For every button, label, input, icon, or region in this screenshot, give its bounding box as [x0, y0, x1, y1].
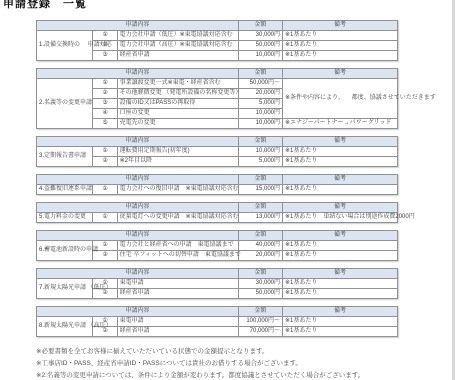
footnote-3: ※2.名義等の変更申請については、条件により金額が変わります。都度協議とさせてい…: [36, 371, 460, 380]
amount-cell: 10,000円: [238, 119, 282, 129]
page-title: 申請登録 一覧: [3, 0, 460, 11]
row-label-cell: 2.名義等の変更申請: [37, 79, 93, 129]
header-row: 申請内容金額備考: [37, 21, 398, 31]
row-number-cell: ①: [93, 79, 117, 89]
amount-header-cell: 金額: [238, 69, 282, 79]
content-cell: 電力会社と経産省への申請 東電協議まで: [117, 241, 238, 251]
row-number-cell: ②: [93, 157, 117, 167]
table-row: 2.名義等の変更申請①事業譲渡変更一式※東電・経産省含む50,000円～※条件や…: [37, 79, 398, 89]
row-number-cell: ①: [93, 31, 117, 41]
content-header-cell: 申請内容: [37, 137, 239, 147]
amount-header-cell: 金額: [238, 137, 282, 147]
content-cell: 経産省申請: [117, 51, 238, 61]
content-cell: 住宅 卒フィットへの切替申請 東電協議まで: [117, 251, 238, 261]
amount-header-cell: 金額: [238, 231, 282, 241]
footnote-1: ※必要書類を全てお客様に揃えていただいている状態での金額提示となります。: [36, 347, 460, 356]
table-row: 4.盗難復旧連系申請①電力会社への復旧申請 ※東電協議対応含む15,000円※1…: [37, 185, 398, 195]
header-row: 申請内容金額備考: [37, 307, 398, 317]
footnote-2: ※工事店ID・PASS、経産省申請ID・PASSについては貴社のお借りする場合が…: [36, 359, 460, 368]
note-cell: ※1基あたり: [283, 157, 398, 167]
row-label-cell: 4.盗難復旧連系申請: [37, 185, 93, 195]
table-row: 3.定期報告書申請①運転費用定期報告(初年度)10,000円※1基あたり: [37, 147, 398, 157]
note-header-cell: 備考: [283, 137, 398, 147]
amount-cell: 10,000円: [238, 51, 282, 61]
content-header-cell: 申請内容: [37, 175, 239, 185]
content-cell: 口座の変更: [117, 109, 238, 119]
amount-header-cell: 金額: [238, 203, 282, 213]
row-label-cell: 8.新規太陽光申請 （高圧）: [37, 317, 93, 337]
content-header-cell: 申請内容: [37, 307, 239, 317]
header-row: 申請内容金額備考: [37, 269, 398, 279]
amount-cell: 15,000円: [238, 185, 282, 195]
fee-table-7: 申請内容金額備考7.新規太陽光申請 （低圧）①東電申請30,000円※1基あたり…: [36, 268, 398, 299]
amount-cell: 100,000円～: [238, 317, 282, 327]
content-header-cell: 申請内容: [37, 203, 239, 213]
row-number-cell: ②: [93, 89, 117, 99]
content-cell: その他軽微変更 （発電所設備の名称変更等）: [117, 89, 238, 99]
row-label-cell: 7.新規太陽光申請 （低圧）: [37, 279, 93, 299]
row-number-cell: ①: [93, 185, 117, 195]
row-number-cell: ④: [93, 109, 117, 119]
row-number-cell: ③: [93, 51, 117, 61]
amount-cell: 13,000円: [238, 213, 282, 223]
row-label-cell: 6.蓄電池新設時の申請: [37, 241, 93, 261]
header-row: 申請内容金額備考: [37, 203, 398, 213]
pane-edge-strip: [452, 0, 455, 380]
note-header-cell: 備考: [283, 307, 398, 317]
amount-cell: 20,000円: [238, 89, 282, 99]
note-header-cell: 備考: [283, 175, 398, 185]
fee-table-6: 申請内容金額備考6.蓄電池新設時の申請①電力会社と経産省への申請 東電協議まで4…: [36, 230, 398, 261]
content-cell: 東電申請: [117, 279, 238, 289]
content-header-cell: 申請内容: [37, 21, 239, 31]
footnotes: ※必要書類を全てお客様に揃えていただいている状態での金額提示となります。 ※工事…: [36, 347, 460, 380]
content-cell: 経産省申請: [117, 327, 238, 337]
note-cell: ※1基あたり: [283, 41, 398, 51]
note-cell: ※1基あたり: [283, 327, 398, 337]
amount-cell: 70,000円～: [238, 327, 282, 337]
note-cell: ※1基あたり: [283, 31, 398, 41]
fee-table-2: 申請内容金額備考2.名義等の変更申請①事業譲渡変更一式※東電・経産省含む50,0…: [36, 68, 398, 129]
amount-header-cell: 金額: [238, 269, 282, 279]
amount-cell: 50,000円～: [238, 79, 282, 89]
note-cell: ※1基あたり: [283, 241, 398, 251]
content-cell: ※2年目以降: [117, 157, 238, 167]
header-row: 申請内容金額備考: [37, 231, 398, 241]
content-header-cell: 申請内容: [37, 69, 239, 79]
note-header-cell: 備考: [283, 231, 398, 241]
content-cell: 従量電灯への変更申請 ※東電協議対応含む: [117, 213, 238, 223]
note-header-cell: 備考: [283, 203, 398, 213]
fee-table-5: 申請内容金額備考5.電力料金の変更①従量電灯への変更申請 ※東電協議対応含む13…: [36, 202, 398, 223]
fee-table-3: 申請内容金額備考3.定期報告書申請①運転費用定期報告(初年度)10,000円※1…: [36, 136, 398, 167]
row-number-cell: ③: [93, 99, 117, 109]
fee-table-8: 申請内容金額備考8.新規太陽光申請 （高圧）①東電申請100,000円～※1基あ…: [36, 306, 398, 337]
note-cell: ※1基あたり: [283, 289, 398, 299]
note-cell: ※1基あたり: [283, 185, 398, 195]
table-row: 8.新規太陽光申請 （高圧）①東電申請100,000円～※1基あたり: [37, 317, 398, 327]
content-header-cell: 申請内容: [37, 269, 239, 279]
content-cell: 電力会社申請（低圧）※東電協議対応含む: [117, 31, 238, 41]
content-cell: 電力会社への復旧申請 ※東電協議対応含む: [117, 185, 238, 195]
content-cell: 売電先の変更: [117, 119, 238, 129]
header-row: 申請内容金額備考: [37, 175, 398, 185]
note-cell: ※1基あたり: [283, 147, 398, 157]
amount-cell: 30,000円: [238, 31, 282, 41]
content-header-cell: 申請内容: [37, 231, 239, 241]
note-header-cell: 備考: [283, 69, 398, 79]
content-cell: 運転費用定期報告(初年度): [117, 147, 238, 157]
header-row: 申請内容金額備考: [37, 137, 398, 147]
table-row: 6.蓄電池新設時の申請①電力会社と経産省への申請 東電協議まで40,000円※1…: [37, 241, 398, 251]
fee-table-4: 申請内容金額備考4.盗難復旧連系申請①電力会社への復旧申請 ※東電協議対応含む1…: [36, 174, 398, 195]
note-cell: ※1基あたり 単結ない場合は別途作成費2000円: [283, 213, 398, 223]
content-cell: 設備のID又はPASSの再取得: [117, 99, 238, 109]
amount-cell: 30,000円: [238, 279, 282, 289]
table-row: 1.設備交換時の 申請対応①電力会社申請（低圧）※東電協議対応含む30,000円…: [37, 31, 398, 41]
row-label-cell: 3.定期報告書申請: [37, 147, 93, 167]
amount-cell: 10,000円: [238, 109, 282, 119]
note-header-cell: 備考: [283, 21, 398, 31]
content-cell: 電力会社申請（高圧）※東電協議対応含む: [117, 41, 238, 51]
row-label-cell: 1.設備交換時の 申請対応: [37, 31, 93, 61]
document: 申請登録 一覧 申請内容金額備考1.設備交換時の 申請対応①電力会社申請（低圧）…: [0, 0, 460, 380]
content-cell: 東電申請: [117, 317, 238, 327]
note-cell: ※1基あたり: [283, 279, 398, 289]
row-number-cell: ①: [93, 147, 117, 157]
amount-header-cell: 金額: [238, 307, 282, 317]
amount-header-cell: 金額: [238, 21, 282, 31]
amount-cell: 50,000円: [238, 289, 282, 299]
note-cell: ※エナジーパートナー→パワーグリッド: [283, 119, 398, 129]
content-cell: 事業譲渡変更一式※東電・経産省含む: [117, 79, 238, 89]
fee-tables-container: 申請内容金額備考1.設備交換時の 申請対応①電力会社申請（低圧）※東電協議対応含…: [36, 20, 460, 337]
note-cell: ※1基あたり: [283, 317, 398, 327]
row-number-cell: ⑤: [93, 119, 117, 129]
amount-cell: 40,000円: [238, 241, 282, 251]
amount-cell: 5,000円: [238, 99, 282, 109]
amount-cell: 20,000円: [238, 251, 282, 261]
note-header-cell: 備考: [283, 269, 398, 279]
amount-cell: 10,000円: [238, 147, 282, 157]
amount-cell: 50,000円: [238, 41, 282, 51]
table-row: 5.電力料金の変更①従量電灯への変更申請 ※東電協議対応含む13,000円※1基…: [37, 213, 398, 223]
table-row: 7.新規太陽光申請 （低圧）①東電申請30,000円※1基あたり: [37, 279, 398, 289]
header-row: 申請内容金額備考: [37, 69, 398, 79]
amount-header-cell: 金額: [238, 175, 282, 185]
amount-cell: 5,000円: [238, 157, 282, 167]
note-cell: ※条件や内容により、 都度、協議させていただきます: [283, 79, 398, 119]
row-label-cell: 5.電力料金の変更: [37, 213, 93, 223]
content-cell: 経産省申請: [117, 289, 238, 299]
row-number-cell: ①: [93, 213, 117, 223]
fee-table-1: 申請内容金額備考1.設備交換時の 申請対応①電力会社申請（低圧）※東電協議対応含…: [36, 20, 398, 61]
note-cell: ※1基あたり: [283, 251, 398, 261]
note-cell: ※1基あたり: [283, 51, 398, 61]
